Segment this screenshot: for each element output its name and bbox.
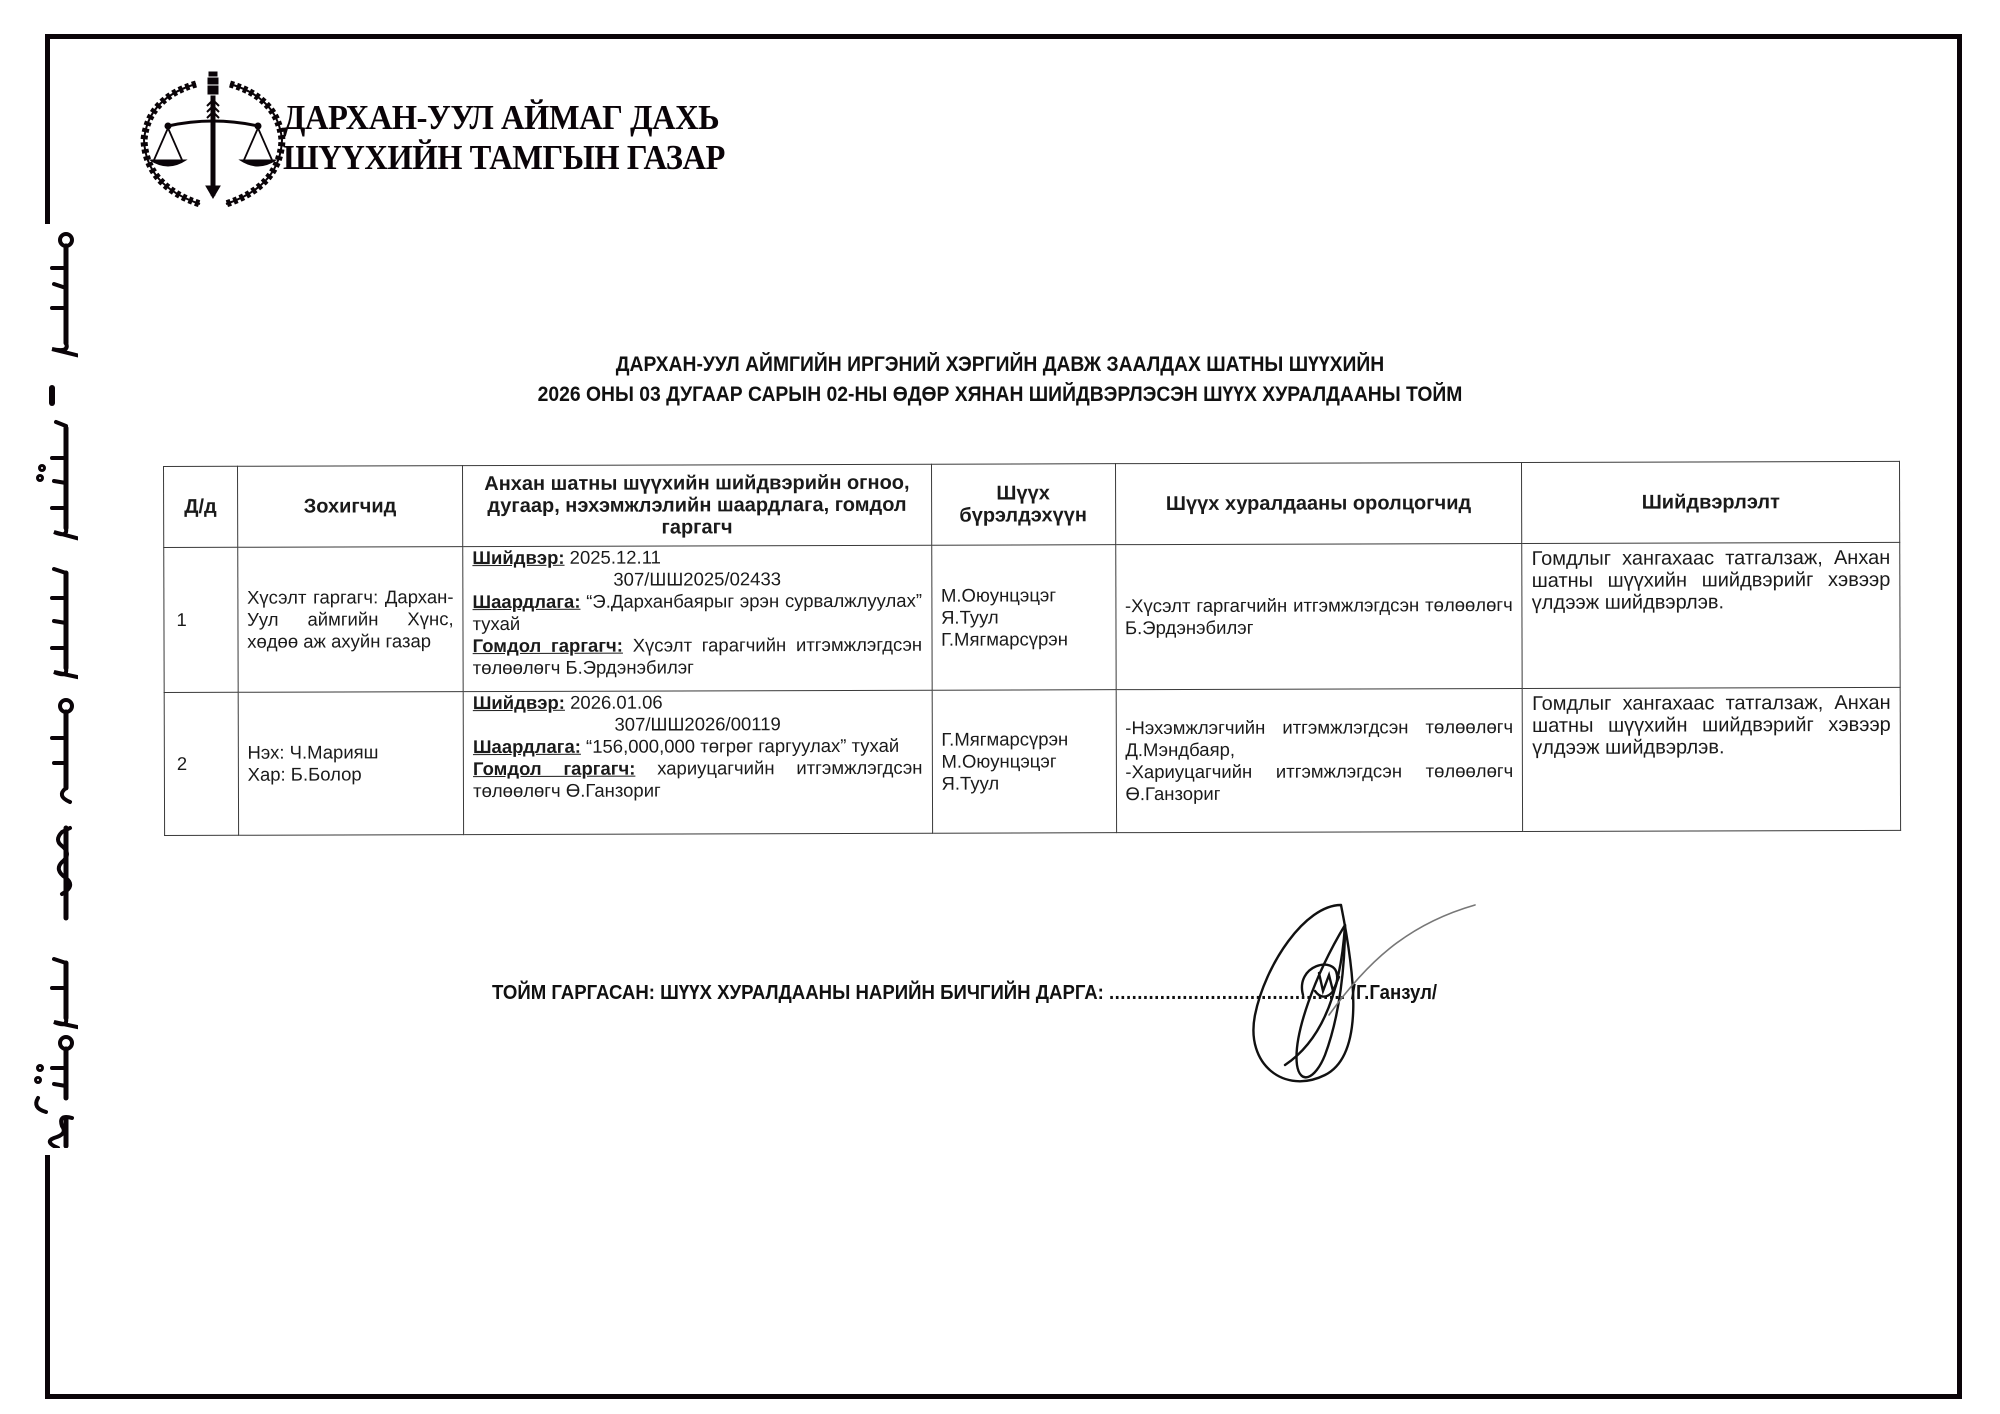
participant: -Нэхэмжлэгчийн итгэмжлэгдсэн төлөөлөгч Д… [1125, 716, 1513, 761]
decision-label: Шийдвэр: [472, 547, 564, 568]
participants-cell: -Хүсэлт гаргагчийн итгэмжлэгдсэн төлөөлө… [1115, 543, 1522, 689]
prepared-by-label: ТОЙМ ГАРГАСАН: ШҮҮХ ХУРАЛДААНЫ НАРИЙН БИ… [492, 982, 1104, 1004]
appellant-label: Гомдол гаргагч: [473, 635, 623, 656]
row-number: 2 [164, 692, 238, 835]
document-title: ДАРХАН-УУЛ АЙМГИЙН ИРГЭНИЙ ХЭРГИЙН ДАВЖ … [0, 350, 2000, 410]
court-emblem-logo [138, 68, 288, 208]
column-header-court-panel: Шүүх бүрэлдэхүүн [931, 464, 1115, 546]
prepared-by-line: ТОЙМ ГАРГАСАН: ШҮҮХ ХУРАЛДААНЫ НАРИЙН БИ… [492, 982, 1437, 1005]
column-header-parties: Зохигчид [237, 466, 463, 548]
outcome-cell: Гомдлыг хангахаас татгалзаж, Анхан шатны… [1523, 687, 1901, 831]
decision-date: 2025.12.11 [570, 547, 661, 568]
outcome-cell: Гомдлыг хангахаас татгалзаж, Анхан шатны… [1522, 542, 1900, 688]
panel-member: М.Оюунцэцэг [941, 750, 1106, 772]
panel-member: Г.Мягмарсүрэн [941, 728, 1106, 750]
defendant: Хар: Б.Болор [248, 763, 455, 786]
participants-cell: -Нэхэмжлэгчийн итгэмжлэгдсэн төлөөлөгч Д… [1116, 688, 1523, 832]
first-instance-decision-cell: Шийдвэр: 2025.12.11 307/ШШ2025/02433 Шаа… [463, 545, 932, 691]
row-number: 1 [164, 547, 238, 692]
hearing-summary-table: Д/д Зохигчид Анхан шатны шүүхийн шийдвэр… [163, 461, 1901, 836]
claim-label: Шаардлага: [472, 591, 580, 612]
organization-name: ДАРХАН-УУЛ АЙМАГ ДАХЬ ШҮҮХИЙН ТАМГЫН ГАЗ… [283, 98, 725, 178]
column-header-participants: Шүүх хуралдааны оролцогчид [1115, 462, 1522, 544]
page-border-top [45, 34, 1962, 39]
participant: -Хариуцагчийн итгэмжлэгдсэн төлөөлөгч Ө.… [1125, 760, 1513, 805]
court-emblem-scales-wreath-icon [138, 68, 288, 208]
participant: -Хүсэлт гаргагчийн итгэмжлэгдсэн төлөөлө… [1125, 594, 1513, 639]
claim-text: “156,000,000 төгрөг гаргуулах” тухай [586, 735, 899, 757]
signature-dots: ........................................… [1109, 982, 1346, 1004]
court-panel-cell: М.Оюунцэцэг Я.Туул Г.Мягмарсүрэн [931, 545, 1115, 691]
secretary-name: /Г.Ганзул/ [1351, 982, 1437, 1004]
page-border-bottom [45, 1394, 1962, 1399]
plaintiff: Нэх: Ч.Марияш [247, 741, 454, 764]
column-header-first-instance-decision: Анхан шатны шүүхийн шийдвэрийн огноо, ду… [463, 464, 932, 546]
panel-member: М.Оюунцэцэг [941, 584, 1106, 606]
claim-label: Шаардлага: [473, 736, 581, 757]
decision-number: 307/ШШ2025/02433 [472, 568, 922, 591]
column-header-no: Д/д [164, 466, 238, 547]
document-title-line1: ДАРХАН-УУЛ АЙМГИЙН ИРГЭНИЙ ХЭРГИЙН ДАВЖ … [80, 350, 1920, 380]
court-panel-cell: Г.Мягмарсүрэн М.Оюунцэцэг Я.Туул [932, 690, 1116, 834]
first-instance-decision-cell: Шийдвэр: 2026.01.06 307/ШШ2026/00119 Шаа… [463, 690, 932, 834]
decision-number: 307/ШШ2026/00119 [473, 713, 923, 736]
table-header-row: Д/д Зохигчид Анхан шатны шүүхийн шийдвэр… [164, 461, 1900, 547]
parties-cell: Нэх: Ч.Марияш Хар: Б.Болор [238, 692, 464, 836]
document-title-line2: 2026 ОНЫ 03 ДУГААР САРЫН 02-НЫ ӨДӨР ХЯНА… [80, 380, 1920, 410]
panel-member: Г.Мягмарсүрэн [941, 628, 1106, 650]
page-border-left [45, 1155, 50, 1399]
appellant-label: Гомдол гаргагч: [473, 758, 635, 779]
organization-name-line1: ДАРХАН-УУЛ АЙМАГ ДАХЬ [283, 98, 725, 138]
decision-date: 2026.01.06 [570, 692, 663, 713]
table-row: 2 Нэх: Ч.Марияш Хар: Б.Болор Шийдвэр: 20… [164, 687, 1900, 835]
organization-name-line2: ШҮҮХИЙН ТАМГЫН ГАЗАР [283, 138, 725, 178]
parties-cell: Хүсэлт гаргагч: Дархан-Уул аймгийн Хүнс,… [237, 547, 463, 693]
page-border-left [45, 34, 50, 224]
panel-member: Я.Туул [941, 606, 1106, 628]
column-header-outcome: Шийдвэрлэлт [1522, 461, 1900, 543]
decision-label: Шийдвэр: [473, 692, 565, 713]
table-row: 1 Хүсэлт гаргагч: Дархан-Уул аймгийн Хүн… [164, 542, 1900, 692]
panel-member: Я.Туул [942, 772, 1107, 794]
page-border-right [1957, 34, 1962, 1399]
